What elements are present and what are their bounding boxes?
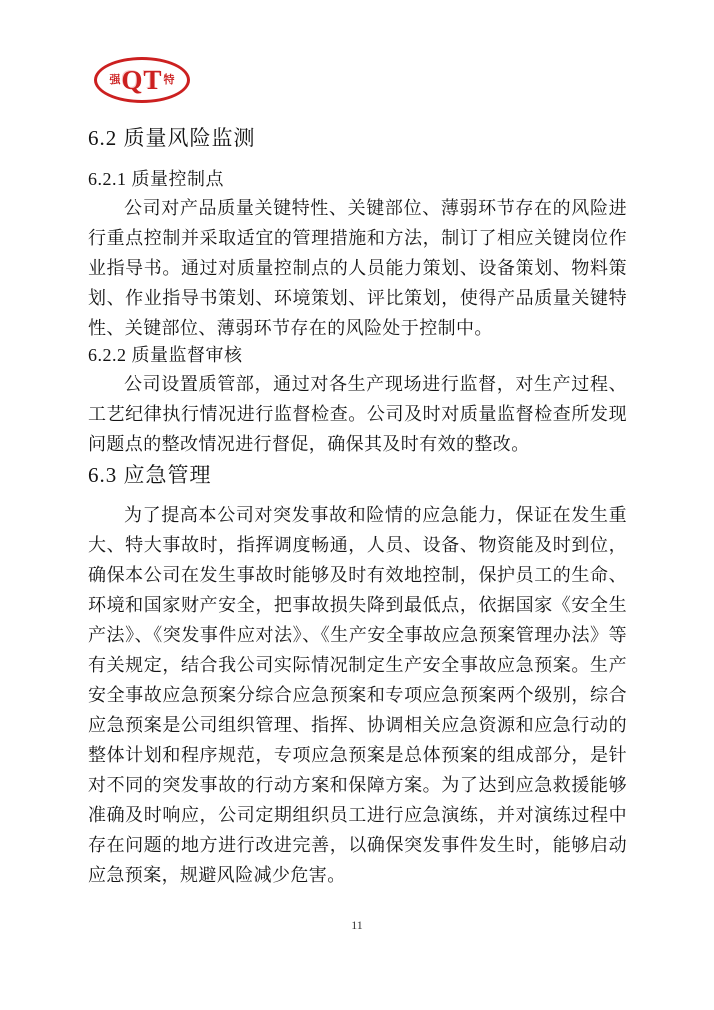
section-heading-6-3: 6.3 应急管理 <box>88 462 627 488</box>
paragraph-quality-control-points: 公司对产品质量关键特性、关键部位、薄弱环节存在的风险进行重点控制并采取适宜的管理… <box>88 193 627 343</box>
logo-qt-text: QT <box>121 67 162 94</box>
subsection-heading-6-2-2: 6.2.2 质量监督审核 <box>88 343 627 367</box>
document-content: 强 QT 特 6.2 质量风险监测 6.2.1 质量控制点 公司对产品质量关键特… <box>88 57 627 890</box>
company-logo: 强 QT 特 <box>94 57 190 103</box>
document-page: 强 QT 特 6.2 质量风险监测 6.2.1 质量控制点 公司对产品质量关键特… <box>0 0 714 1010</box>
section-heading-6-2: 6.2 质量风险监测 <box>88 125 627 151</box>
subsection-heading-6-2-1: 6.2.1 质量控制点 <box>88 167 627 191</box>
paragraph-quality-supervision-audit: 公司设置质管部，通过对各生产现场进行监督，对生产过程、工艺纪律执行情况进行监督检… <box>88 369 627 459</box>
logo-right-char: 特 <box>164 75 175 86</box>
logo-left-char: 强 <box>109 75 120 86</box>
paragraph-emergency-management: 为了提高本公司对突发事故和险情的应急能力，保证在发生重大、特大事故时，指挥调度畅… <box>88 500 627 890</box>
page-number: 11 <box>0 918 714 933</box>
